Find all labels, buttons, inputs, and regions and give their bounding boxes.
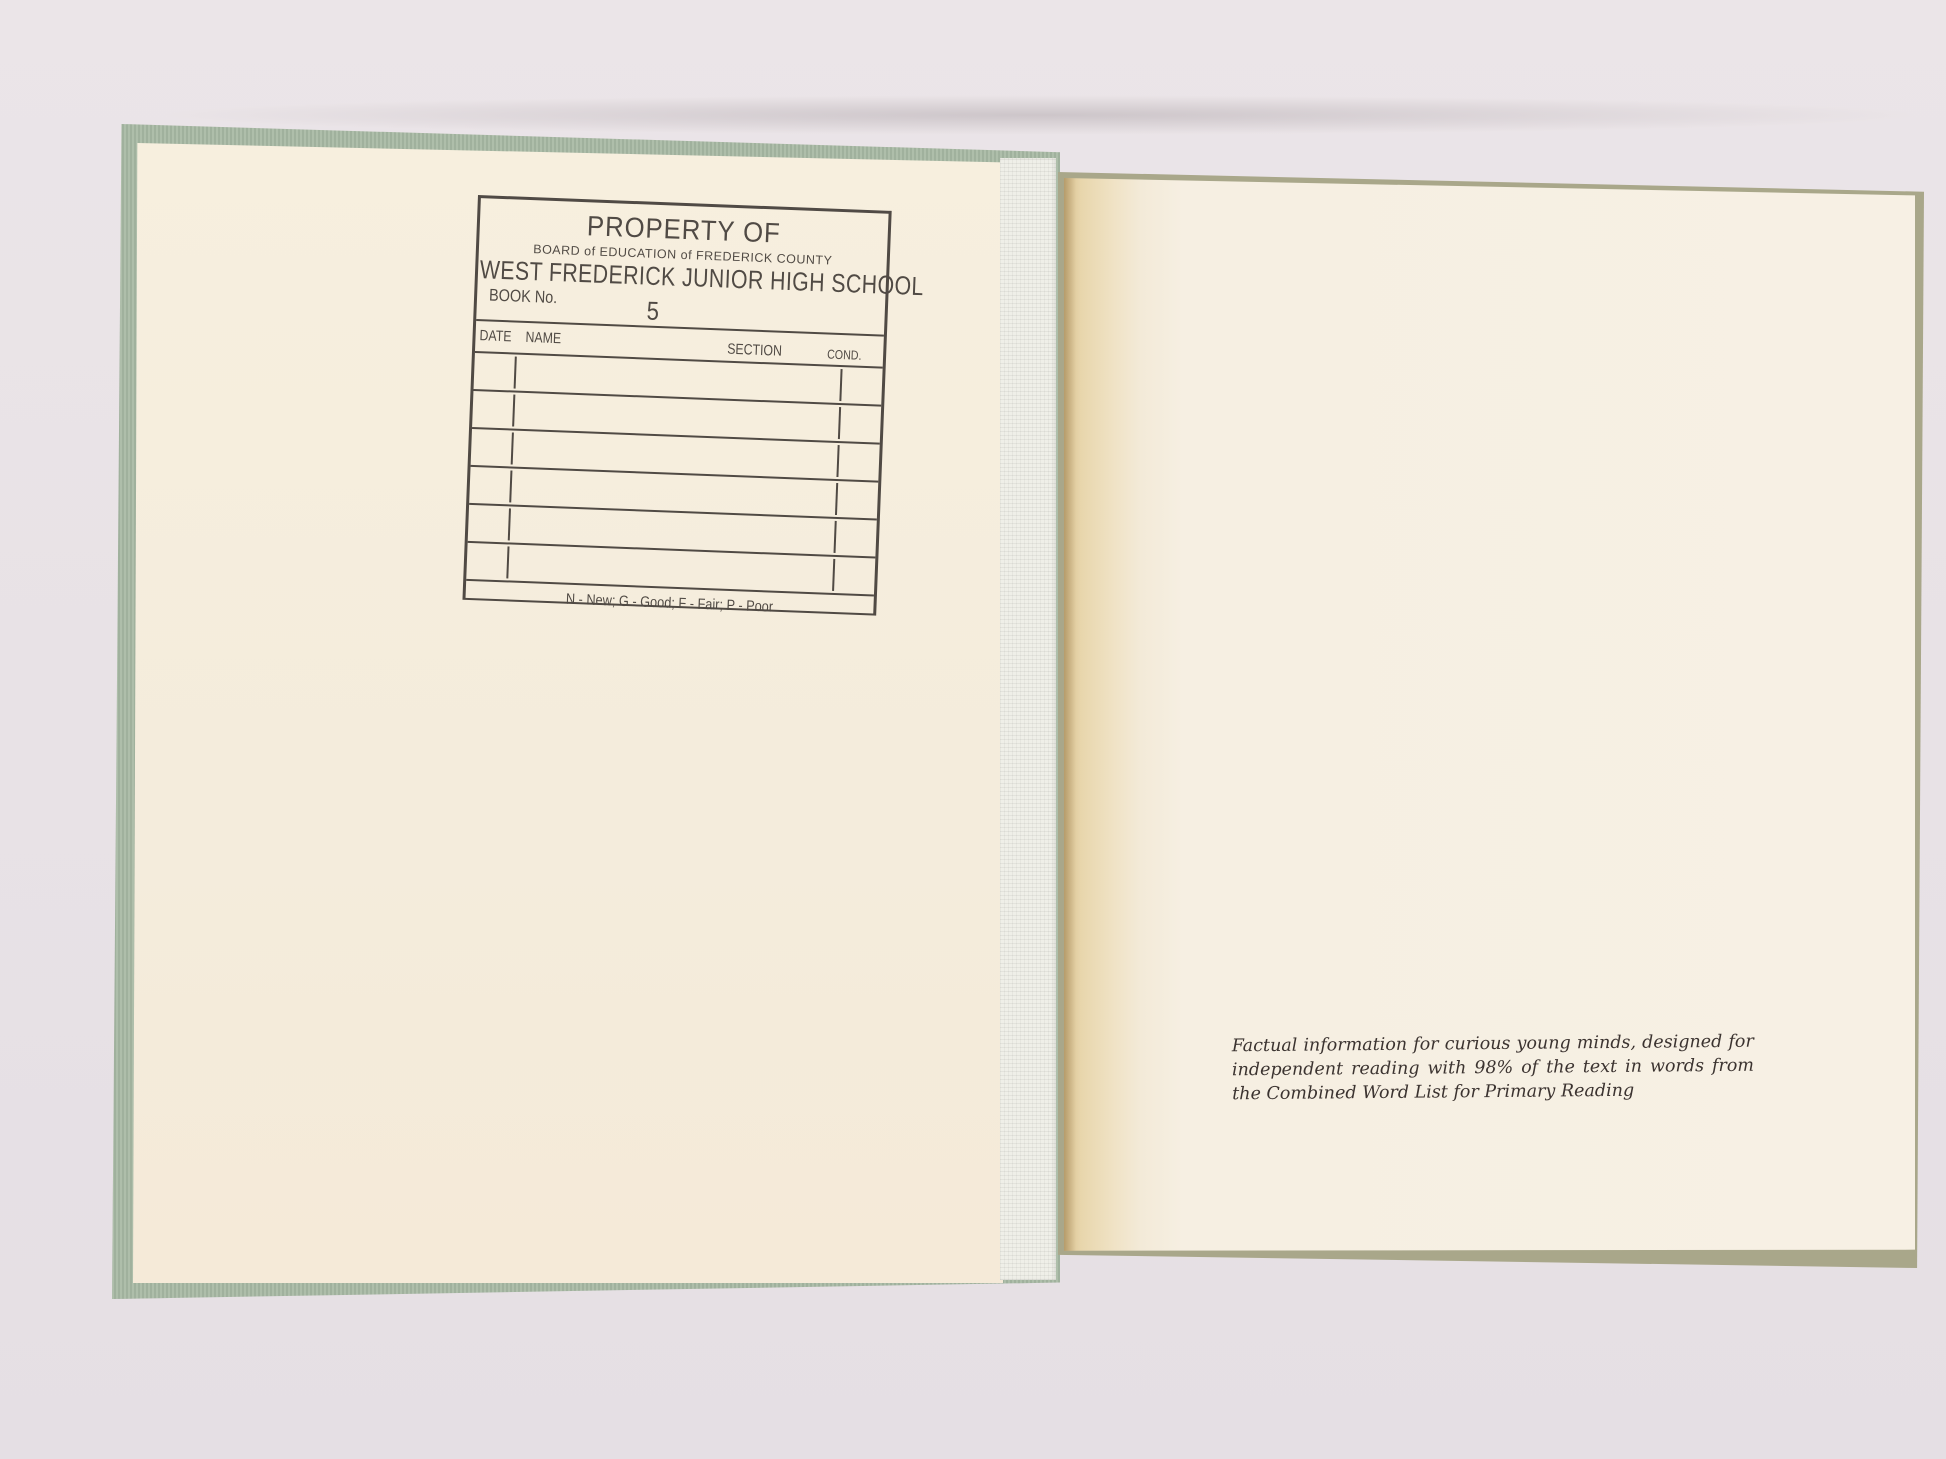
book-no-value: 5 [646,296,659,327]
col-name: NAME [525,329,561,347]
spine-hinge-tape [1000,158,1056,1280]
book-no-label: BOOK No. [489,286,558,308]
col-date: DATE [479,327,512,345]
col-section: SECTION [727,341,782,360]
col-cond: COND. [827,347,862,363]
library-property-stamp: PROPERTY OF BOARD of EDUCATION of FREDER… [462,195,891,616]
stamp-rows [466,351,883,596]
table-shadow [150,95,1930,135]
book-blurb: Factual information for curious young mi… [1232,1030,1755,1107]
